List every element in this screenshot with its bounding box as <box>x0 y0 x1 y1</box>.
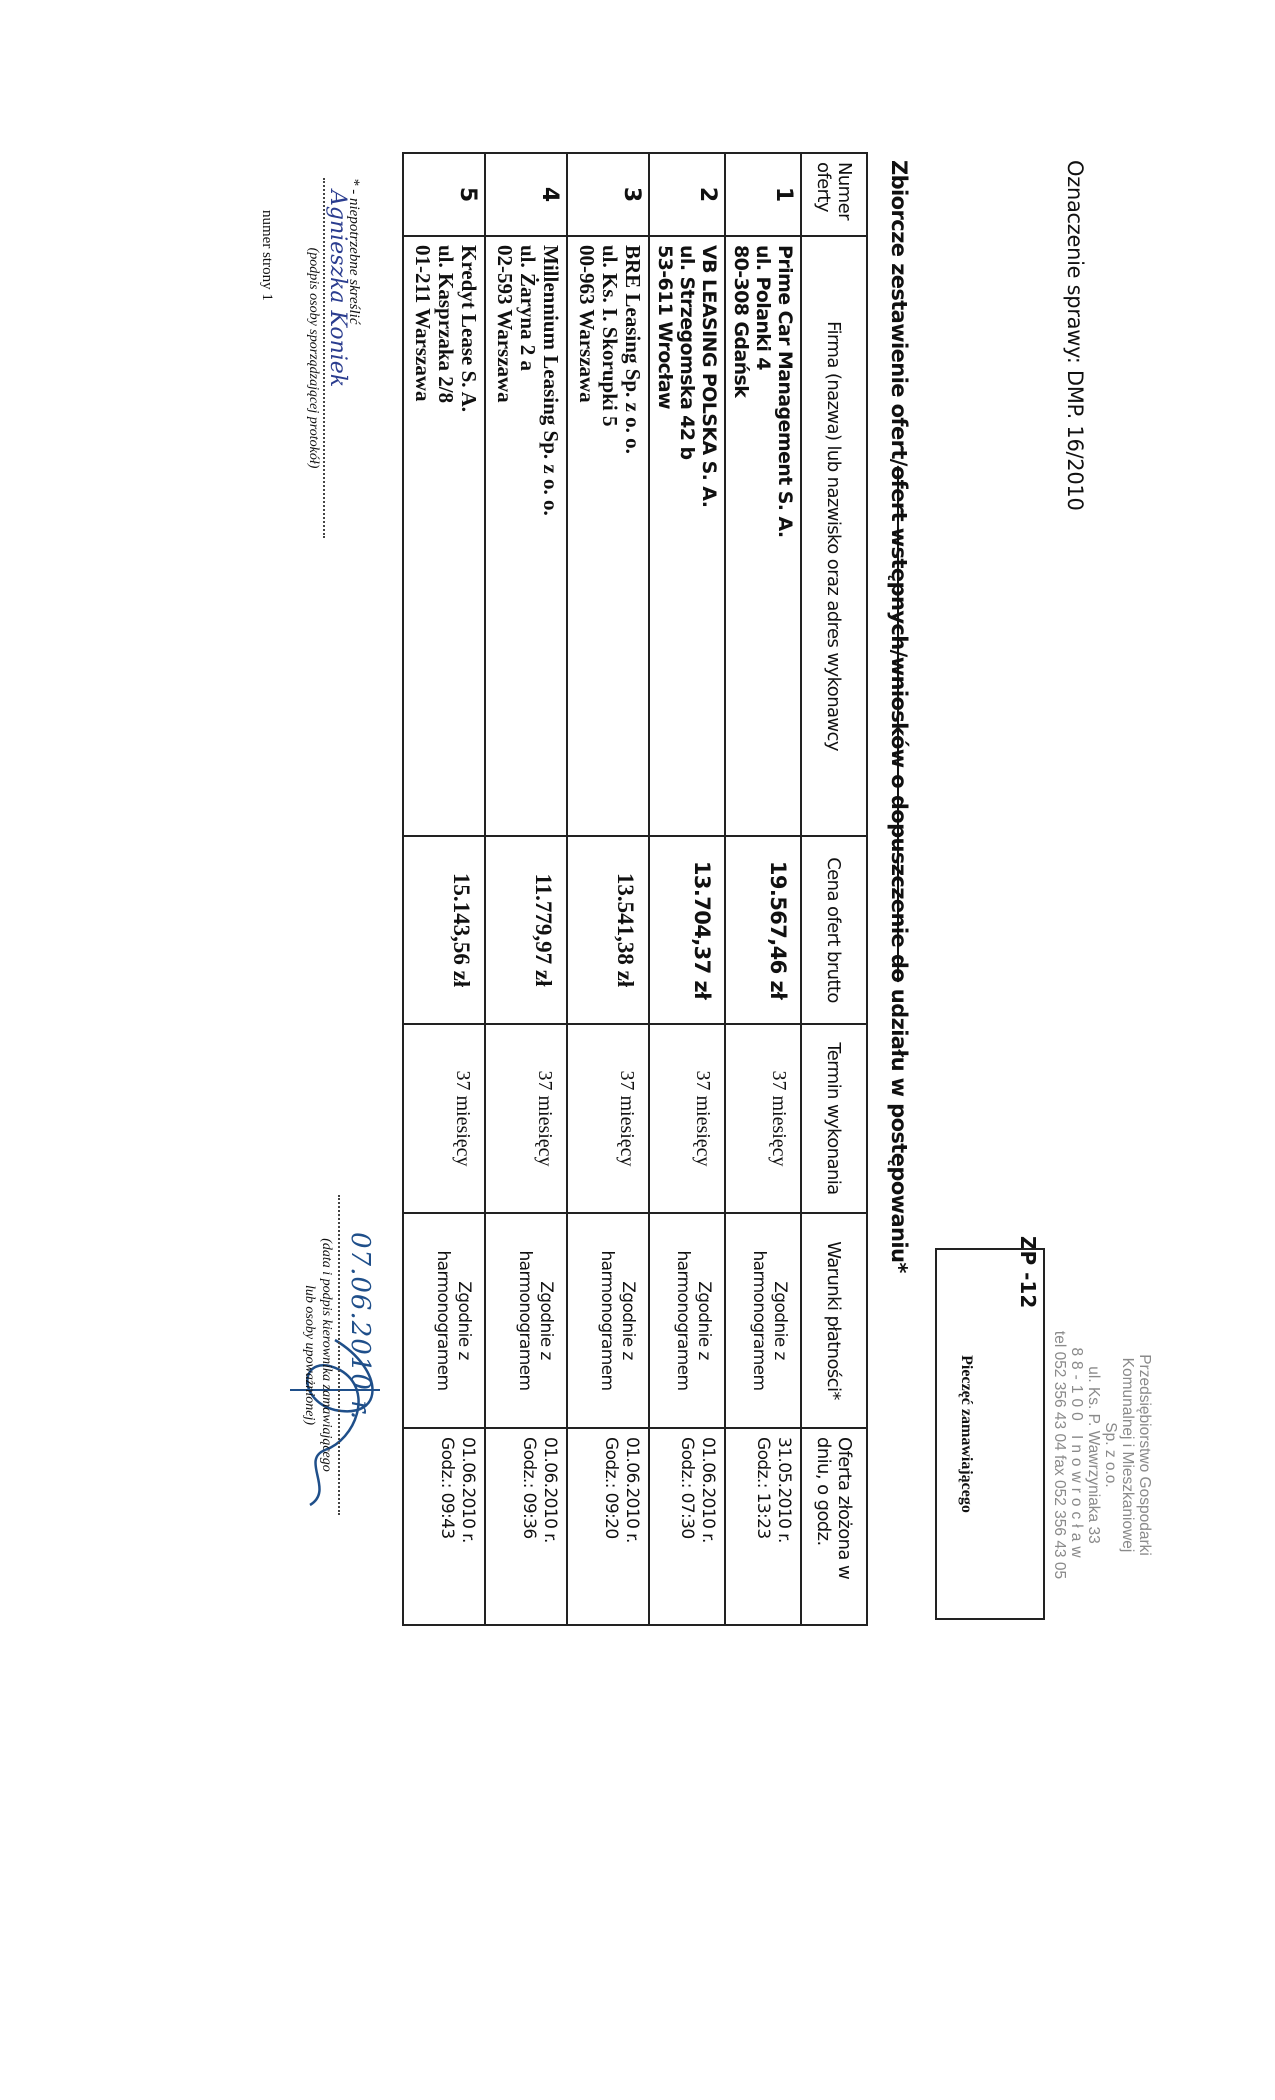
offer-payment: Zgodnie z harmonogramem <box>567 1213 649 1428</box>
offer-price: 13.704,37 zł <box>649 836 725 1024</box>
page-number: numer strony 1 <box>258 210 275 301</box>
stamp-line: ul. Ks. P. Wawrzyniaka 33 <box>1085 1285 1102 1625</box>
stamp-line: Komunalnej i Mieszkaniowej <box>1119 1285 1136 1625</box>
right-caption-line: (data i podpis kierownika zamawiającego <box>318 1195 335 1515</box>
title-prefix: Zbiorcze zestawienie ofert/ <box>887 160 911 466</box>
left-signature-caption: (podpis osoby sporządzającej protokół) <box>305 178 321 538</box>
offer-payment: Zgodnie z harmonogramem <box>485 1213 567 1428</box>
stamp-label: Pieczęć zamawiającego <box>957 1248 975 1620</box>
case-reference: Oznaczenie sprawy: DMP. 16/2010 <box>1063 160 1087 511</box>
right-caption-line: lub osoby upoważnionej) <box>301 1195 318 1515</box>
submitted-time: Godz.: 09:36 <box>518 1437 539 1616</box>
submitted-time: Godz.: 09:43 <box>436 1437 457 1616</box>
header-number: Numer oferty <box>801 153 867 236</box>
firm-name: VB LEASING POLSKA S. A. <box>698 245 720 827</box>
firm-cell: Millennium Leasing Sp. z o. o. ul. Żaryn… <box>485 236 567 836</box>
offer-number: 1 <box>725 153 801 236</box>
offer-payment: Zgodnie z harmonogramem <box>649 1213 725 1428</box>
firm-street: ul. Kasprzaka 2/8 <box>434 245 457 827</box>
document-page: Oznaczenie sprawy: DMP. 16/2010 Zbiorcze… <box>0 0 1275 2100</box>
offer-submitted: 01.06.2010 r. Godz.: 09:36 <box>485 1428 567 1625</box>
offer-submitted: 01.06.2010 r. Godz.: 07:30 <box>649 1428 725 1625</box>
offer-submitted: 01.06.2010 r. Godz.: 09:43 <box>403 1428 485 1625</box>
offer-term: 37 miesięcy <box>403 1024 485 1213</box>
firm-street: ul. Żaryna 2 a <box>516 245 539 827</box>
offer-price: 15.143,56 zł <box>403 836 485 1024</box>
offer-number: 2 <box>649 153 725 236</box>
firm-cell: VB LEASING POLSKA S. A. ul. Strzegomska … <box>649 236 725 836</box>
header-price: Cena ofert brutto <box>801 836 867 1024</box>
header-submitted: Oferta złożona w dniu, o godz. <box>801 1428 867 1625</box>
firm-cell: BRE Leasing Sp. z o. o. ul. Ks. I. Skoru… <box>567 236 649 836</box>
offer-number: 4 <box>485 153 567 236</box>
submitted-time: Godz.: 07:30 <box>676 1437 697 1616</box>
table-row: 1 Prime Car Management S. A. ul. Polanki… <box>725 153 801 1625</box>
firm-city: 53-611 Wrocław <box>654 245 676 827</box>
firm-city: 00-963 Warszawa <box>575 245 598 827</box>
document-title: Zbiorcze zestawienie ofert/ofert wstępny… <box>887 160 911 1273</box>
table-row: 5 Kredyt Lease S. A. ul. Kasprzaka 2/8 0… <box>403 153 485 1625</box>
header-term: Termin wykonania <box>801 1024 867 1213</box>
offer-price: 13.541,38 zł <box>567 836 649 1024</box>
submitted-time: Godz.: 09:20 <box>600 1437 621 1616</box>
left-handwritten-signature: Agnieszka Koniek <box>325 190 350 387</box>
table-row: 2 VB LEASING POLSKA S. A. ul. Strzegomsk… <box>649 153 725 1625</box>
offer-number: 3 <box>567 153 649 236</box>
stamp-line: Przedsiębiorstwo Gospodarki <box>1136 1285 1153 1625</box>
firm-name: Kredyt Lease S. A. <box>457 245 480 827</box>
offer-price: 11.779,97 zł <box>485 836 567 1024</box>
firm-city: 80-308 Gdańsk <box>730 245 752 827</box>
offers-table: Numer oferty Firma (nazwa) lub nazwisko … <box>402 152 868 1626</box>
title-struck-text: ofert wstępnych/wniosków o dopuszczenie … <box>887 466 911 982</box>
header-payment: Warunki płatności* <box>801 1213 867 1428</box>
offer-submitted: 31.05.2010 r. Godz.: 13:23 <box>725 1428 801 1625</box>
table-header-row: Numer oferty Firma (nazwa) lub nazwisko … <box>801 153 867 1625</box>
stamp-line: 88-100 Inowrocław <box>1068 1285 1085 1625</box>
stamp-line: Sp. z o.o. <box>1102 1285 1119 1625</box>
firm-street: ul. Strzegomska 42 b <box>676 245 698 827</box>
title-suffix: udziału w postępowaniu* <box>887 982 911 1273</box>
offer-payment: Zgodnie z harmonogramem <box>725 1213 801 1428</box>
left-signature-line <box>323 178 325 538</box>
table-row: 3 BRE Leasing Sp. z o. o. ul. Ks. I. Sko… <box>567 153 649 1625</box>
firm-city: 01-211 Warszawa <box>411 245 434 827</box>
orderer-stamp-text: Przedsiębiorstwo Gospodarki Komunalnej i… <box>1051 1285 1153 1625</box>
firm-cell: Prime Car Management S. A. ul. Polanki 4… <box>725 236 801 836</box>
stamp-line: tel 052 356 43 04 fax 052 356 43 05 <box>1051 1285 1068 1625</box>
offer-term: 37 miesięcy <box>485 1024 567 1213</box>
right-signature-caption: (data i podpis kierownika zamawiającego … <box>301 1195 335 1515</box>
submitted-date: 01.06.2010 r. <box>457 1437 478 1616</box>
submitted-date: 31.05.2010 r. <box>773 1437 794 1616</box>
offer-submitted: 01.06.2010 r. Godz.: 09:20 <box>567 1428 649 1625</box>
firm-name: Millennium Leasing Sp. z o. o. <box>539 245 562 827</box>
table-row: 4 Millennium Leasing Sp. z o. o. ul. Żar… <box>485 153 567 1625</box>
submitted-time: Godz.: 13:23 <box>752 1437 773 1616</box>
offer-price: 19.567,46 zł <box>725 836 801 1024</box>
firm-cell: Kredyt Lease S. A. ul. Kasprzaka 2/8 01-… <box>403 236 485 836</box>
submitted-date: 01.06.2010 r. <box>621 1437 642 1616</box>
stamp-box <box>935 1248 1045 1620</box>
offer-term: 37 miesięcy <box>649 1024 725 1213</box>
firm-street: ul. Polanki 4 <box>752 245 774 827</box>
submitted-date: 01.06.2010 r. <box>697 1437 718 1616</box>
submitted-date: 01.06.2010 r. <box>539 1437 560 1616</box>
firm-name: BRE Leasing Sp. z o. o. <box>621 245 644 827</box>
firm-street: ul. Ks. I. Skorupki 5 <box>598 245 621 827</box>
right-signature-line <box>338 1195 340 1515</box>
offer-payment: Zgodnie z harmonogramem <box>403 1213 485 1428</box>
offer-term: 37 miesięcy <box>567 1024 649 1213</box>
firm-city: 02-593 Warszawa <box>493 245 516 827</box>
offer-number: 5 <box>403 153 485 236</box>
header-firm: Firma (nazwa) lub nazwisko oraz adres wy… <box>801 236 867 836</box>
firm-name: Prime Car Management S. A. <box>774 245 796 827</box>
offer-term: 37 miesięcy <box>725 1024 801 1213</box>
